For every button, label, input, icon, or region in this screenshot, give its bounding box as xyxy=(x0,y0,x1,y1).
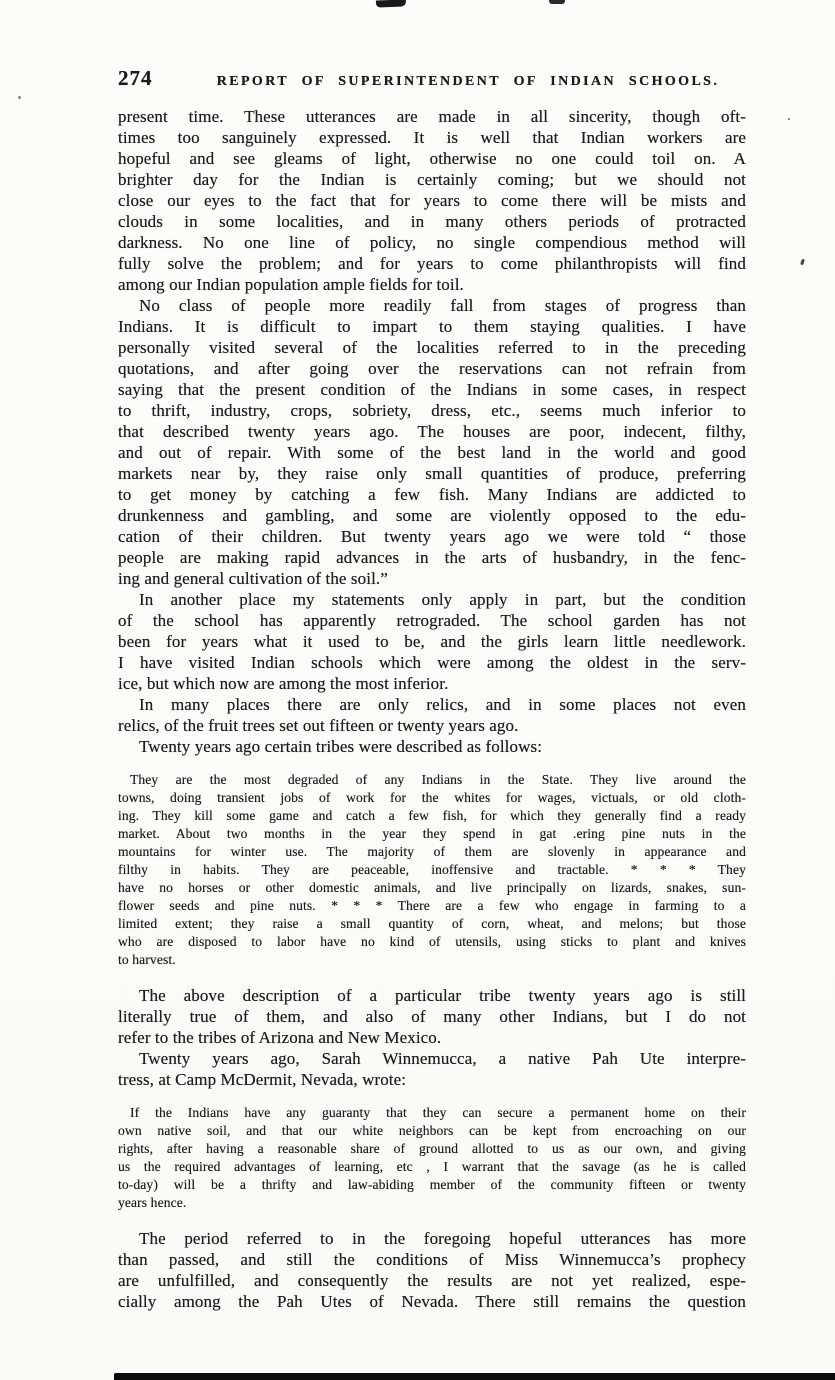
text-line: present time. These utterances are made … xyxy=(118,106,746,127)
text-line: If the Indians have any guaranty that th… xyxy=(118,1104,746,1122)
scan-artifact-top-mark xyxy=(549,0,565,4)
text-line: us the required advantages of learning, … xyxy=(118,1158,746,1176)
text-line: brighter day for the Indian is certainly… xyxy=(118,169,746,190)
text-line: close our eyes to the fact that for year… xyxy=(118,190,746,211)
scan-artifact-speck xyxy=(18,96,21,99)
text-line: to harvest. xyxy=(118,951,746,969)
text-line: fully solve the problem; and for years t… xyxy=(118,253,746,274)
paragraph: No class of people more readily fall fro… xyxy=(118,295,746,589)
text-line: and out of repair. With some of the best… xyxy=(118,442,746,463)
text-line: cially among the Pah Utes of Nevada. The… xyxy=(118,1291,746,1312)
text-line: have no horses or other domestic animals… xyxy=(118,879,746,897)
text-line: filthy in habits. They are peaceable, in… xyxy=(118,861,746,879)
text-line: ice, but which now are among the most in… xyxy=(118,673,746,694)
quote-block: If the Indians have any guaranty that th… xyxy=(118,1104,746,1212)
text-line: literally true of them, and also of many… xyxy=(118,1006,746,1027)
paragraph: The above description of a particular tr… xyxy=(118,985,746,1048)
scan-artifact-speck xyxy=(800,259,805,266)
scan-artifact-speck xyxy=(788,118,790,120)
text-line: quotations, and after going over the res… xyxy=(118,358,746,379)
text-line: are unfulfilled, and consequently the re… xyxy=(118,1270,746,1291)
scan-artifact-top-smudge xyxy=(376,0,406,8)
text-line: In many places there are only relics, an… xyxy=(118,694,746,715)
quote-block: They are the most degraded of any Indian… xyxy=(118,771,746,969)
paragraph: Twenty years ago certain tribes were des… xyxy=(118,736,746,757)
text-line: to-day) will be a thrifty and law-abidin… xyxy=(118,1176,746,1194)
text-line: drunkenness and gambling, and some are v… xyxy=(118,505,746,526)
text-line: towns, doing transient jobs of work for … xyxy=(118,789,746,807)
text-line: years hence. xyxy=(118,1194,746,1212)
text-line: Twenty years ago, Sarah Winnemucca, a na… xyxy=(118,1048,746,1069)
text-line: tress, at Camp McDermit, Nevada, wrote: xyxy=(118,1069,746,1090)
text-line: Twenty years ago certain tribes were des… xyxy=(118,736,746,757)
text-line: to get money by catching a few fish. Man… xyxy=(118,484,746,505)
running-header-title: REPORT OF SUPERINTENDENT OF INDIAN SCHOO… xyxy=(190,74,746,90)
text-line: market. About two months in the year the… xyxy=(118,825,746,843)
text-line: markets near by, they raise only small q… xyxy=(118,463,746,484)
text-line: No class of people more readily fall fro… xyxy=(118,295,746,316)
page-number: 274 xyxy=(118,66,190,91)
text-line: among our Indian population ample fields… xyxy=(118,274,746,295)
text-line: Indians. It is difficult to impart to th… xyxy=(118,316,746,337)
text-line: refer to the tribes of Arizona and New M… xyxy=(118,1027,746,1048)
paragraph: Twenty years ago, Sarah Winnemucca, a na… xyxy=(118,1048,746,1090)
page-body: present time. These utterances are made … xyxy=(118,106,746,1312)
text-line: ing. They kill some game and catch a few… xyxy=(118,807,746,825)
text-line: personally visited several of the locali… xyxy=(118,337,746,358)
paragraph: In another place my statements only appl… xyxy=(118,589,746,694)
text-line: limited extent; they raise a small quant… xyxy=(118,915,746,933)
text-line: ing and general cultivation of the soil.… xyxy=(118,568,746,589)
scan-artifact-bottom-bar xyxy=(114,1373,835,1380)
paragraph: The period referred to in the foregoing … xyxy=(118,1228,746,1312)
text-line: clouds in some localities, and in many o… xyxy=(118,211,746,232)
paragraph: present time. These utterances are made … xyxy=(118,106,746,295)
text-line: to thrift, industry, crops, sobriety, dr… xyxy=(118,400,746,421)
text-line: I have visited Indian schools which were… xyxy=(118,652,746,673)
text-line: In another place my statements only appl… xyxy=(118,589,746,610)
text-line: The period referred to in the foregoing … xyxy=(118,1228,746,1249)
text-line: darkness. No one line of policy, no sing… xyxy=(118,232,746,253)
page-header: 274 REPORT OF SUPERINTENDENT OF INDIAN S… xyxy=(118,66,746,91)
text-line: mountains for winter use. The majority o… xyxy=(118,843,746,861)
text-line: of the school has apparently retrograded… xyxy=(118,610,746,631)
scanned-document-page: 274 REPORT OF SUPERINTENDENT OF INDIAN S… xyxy=(0,0,835,1380)
paragraph: In many places there are only relics, an… xyxy=(118,694,746,736)
text-line: flower seeds and pine nuts. * * * There … xyxy=(118,897,746,915)
text-line: hopeful and see gleams of light, otherwi… xyxy=(118,148,746,169)
text-line: people are making rapid advances in the … xyxy=(118,547,746,568)
text-line: own native soil, and that our white neig… xyxy=(118,1122,746,1140)
text-line: saying that the present condition of the… xyxy=(118,379,746,400)
text-line: rights, after having a reasonable share … xyxy=(118,1140,746,1158)
text-line: cation of their children. But twenty yea… xyxy=(118,526,746,547)
text-line: been for years what it used to be, and t… xyxy=(118,631,746,652)
text-line: times too sanguinely expressed. It is we… xyxy=(118,127,746,148)
text-line: than passed, and still the conditions of… xyxy=(118,1249,746,1270)
text-line: The above description of a particular tr… xyxy=(118,985,746,1006)
text-line: relics, of the fruit trees set out fifte… xyxy=(118,715,746,736)
text-line: that described twenty years ago. The hou… xyxy=(118,421,746,442)
text-line: who are disposed to labor have no kind o… xyxy=(118,933,746,951)
text-line: They are the most degraded of any Indian… xyxy=(118,771,746,789)
